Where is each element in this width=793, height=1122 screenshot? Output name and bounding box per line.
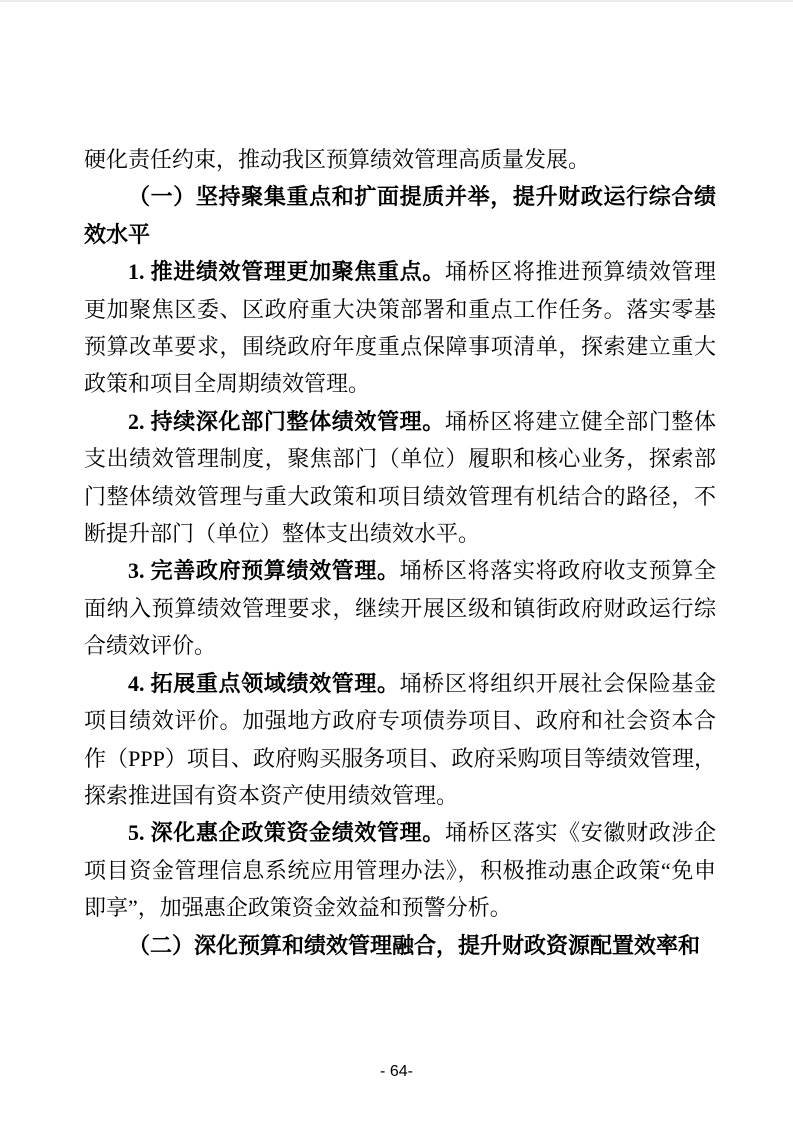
page-top-edge [0,0,793,2]
paragraph-text: （一）坚持聚集重点和扩面提质并举，提升财政运行综合绩效水平 [84,184,716,246]
body-paragraph: 2. 持续深化部门整体绩效管理。埇桥区将建立健全部门整体支出绩效管理制度，聚焦部… [84,403,716,553]
body-paragraph: 硬化责任约束，推动我区预算绩效管理高质量发展。 [84,141,716,178]
paragraph-lead: 1. 推进绩效管理更加聚焦重点。 [128,259,445,284]
paragraph-lead: 5. 深化惠企政策资金绩效管理。 [128,820,445,845]
paragraph-text: （二）深化预算和绩效管理融合，提升财政资源配置效率和 [128,933,700,958]
body-paragraph: 3. 完善政府预算绩效管理。埇桥区将落实将政府收支预算全面纳入预算绩效管理要求，… [84,552,716,664]
paragraph-text: 硬化责任约束，推动我区预算绩效管理高质量发展。 [84,147,590,172]
document-body: 硬化责任约束，推动我区预算绩效管理高质量发展。（一）坚持聚集重点和扩面提质并举，… [84,141,716,964]
page-number: - 64- [0,1063,793,1081]
paragraph-lead: 3. 完善政府预算绩效管理。 [128,558,400,583]
body-paragraph: 5. 深化惠企政策资金绩效管理。埇桥区落实《安徽财政涉企项目资金管理信息系统应用… [84,814,716,926]
section-heading: （一）坚持聚集重点和扩面提质并举，提升财政运行综合绩效水平 [84,178,716,253]
document-page: 硬化责任约束，推动我区预算绩效管理高质量发展。（一）坚持聚集重点和扩面提质并举，… [0,0,793,1122]
paragraph-lead: 2. 持续深化部门整体绩效管理。 [128,409,445,434]
body-paragraph: 1. 推进绩效管理更加聚焦重点。埇桥区将推进预算绩效管理更加聚焦区委、区政府重大… [84,253,716,403]
paragraph-lead: 4. 拓展重点领域绩效管理。 [128,671,400,696]
body-paragraph: 4. 拓展重点领域绩效管理。埇桥区将组织开展社会保险基金项目绩效评价。加强地方政… [84,665,716,815]
section-heading: （二）深化预算和绩效管理融合，提升财政资源配置效率和 [84,927,716,964]
